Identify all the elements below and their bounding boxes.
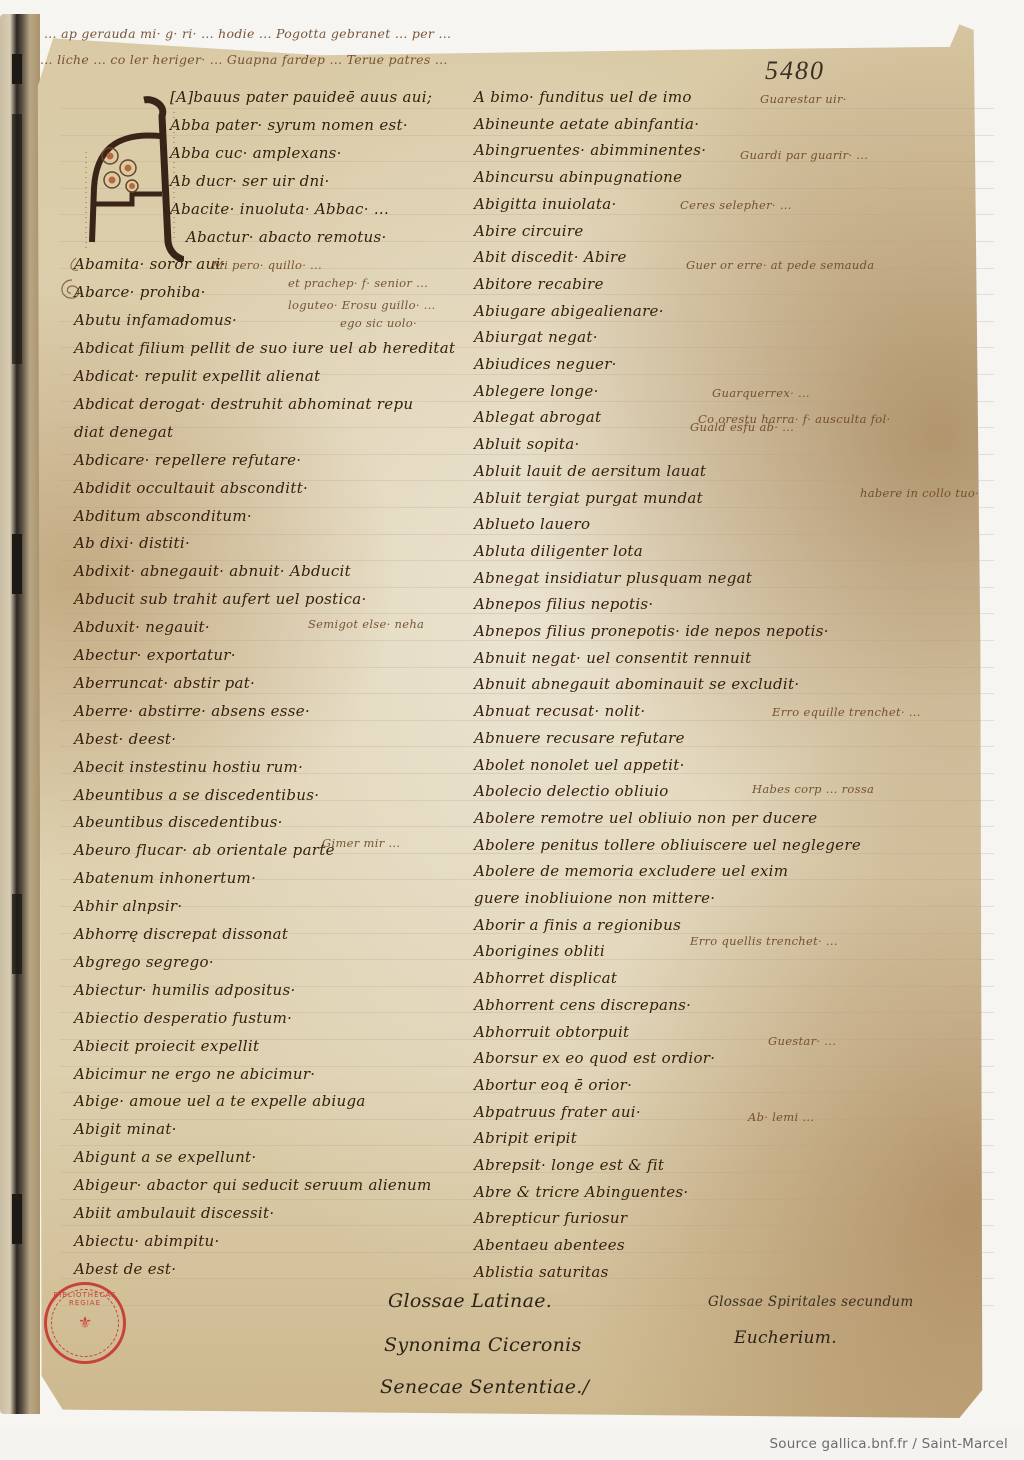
glossary-entry: Abluta diligenter lota [474, 542, 643, 560]
glossary-entry: Abluit sopita· [474, 435, 580, 453]
glossary-entry: Abigunt a se expellunt· [74, 1148, 256, 1166]
stamp-text: BIBLIOTHECAE REGIAE [47, 1291, 123, 1307]
glossary-entry: Abdicat filium pellit de suo iure uel ab… [74, 339, 455, 357]
glossary-entry: Abatenum inhonertum· [74, 869, 256, 887]
glossary-entry: Abhorrent cens discrepans· [474, 996, 691, 1014]
glossary-entry: Abnepos filius pronepotis· ide nepos nep… [474, 622, 829, 640]
glossary-entry: Abactur· abacto remotus· [186, 228, 387, 246]
glossary-entry: Abiecit proiecit expellit [74, 1037, 259, 1055]
glossary-entry: A bimo· funditus uel de imo [474, 88, 692, 106]
interlinear-gloss: Guarquerrex· ... [712, 386, 810, 400]
glossary-entry: Abicimur ne ergo ne abicimur· [74, 1065, 315, 1083]
glossary-entry: Abluit lauit de aersitum lauat [474, 462, 706, 480]
glossary-entry: Ablueto lauero [474, 515, 590, 533]
glossary-entry: Abolet nonolet uel appetit· [474, 756, 685, 774]
glossary-entry: Abnuere recusare refutare [474, 729, 685, 747]
shelfmark-number: 5480 [765, 56, 825, 86]
glossary-entry: Abiectio desperatio fustum· [74, 1009, 292, 1027]
glossary-entry: Abnegat insidiatur plusquam negat [474, 569, 752, 587]
glossary-entry: Ablegere longe· [474, 382, 599, 400]
glossary-entry: Aborir a finis a regionibus [474, 916, 681, 934]
glossary-entry: Abre & tricre Abinguentes· [474, 1183, 688, 1201]
glossary-entry: Abdicat· repulit expellit alienat [74, 367, 320, 385]
glossary-entry: Abeuntibus a se discedentibus· [74, 786, 319, 804]
glossary-entry: Abnuat recusat· nolit· [474, 702, 646, 720]
interlinear-gloss: loguteo· Erosu guillo· ... [288, 298, 436, 312]
glossary-entry: Abpatruus frater aui· [474, 1103, 641, 1121]
glossary-entry: Aberruncat· abstir pat· [74, 674, 255, 692]
interlinear-gloss: Mi pero· quillo· ... [212, 258, 322, 272]
glossary-entry: Abdicare· repellere refutare· [74, 451, 301, 469]
glossary-entry: Abhir alnpsir· [74, 897, 182, 915]
interlinear-gloss: Guald esfu ab· ... [690, 420, 794, 434]
glossary-entry: Aborsur ex eo quod est ordior· [474, 1049, 715, 1067]
glossary-entry: Aborigines obliti [474, 942, 605, 960]
interlinear-gloss: Gimer mir ... [322, 836, 400, 850]
glossary-entry: Abire circuire [474, 222, 584, 240]
glossary-entry: Abiurgat negat· [474, 328, 598, 346]
glossary-entry: Abnuit abnegauit abominauit se excludit· [474, 675, 799, 693]
glossary-entry: Abacite· inuoluta· Abbac· ... [170, 200, 389, 218]
top-margin-line: ... ap gerauda mi· g· ri· ... hodie ... … [44, 26, 451, 41]
glossary-entry: Abigitta inuiolata· [474, 195, 617, 213]
glossary-entry: Abineunte aetate abinfantia· [474, 115, 699, 133]
glossary-entry: Abiugare abigealienare· [474, 302, 664, 320]
glossary-entry: Abecit instestinu hostiu rum· [74, 758, 303, 776]
glossary-entry: Abiudices neguer· [474, 355, 617, 373]
library-stamp: BIBLIOTHECAE REGIAE ⚜ [44, 1282, 126, 1364]
interlinear-gloss: ego sic uolo· [340, 316, 417, 330]
decorated-initial-a-icon [74, 92, 184, 262]
glossary-entry: Abhorrę discrepat dissonat [74, 925, 288, 943]
source-credit: Source gallica.bnf.fr / Saint-Marcel [769, 1436, 1008, 1452]
glossary-entry: Ab dixi· distiti· [74, 534, 190, 552]
glossary-entry: Abeuro flucar· ab orientale parte [74, 841, 335, 859]
glossary-entry: Aberre· abstirre· absens esse· [74, 702, 310, 720]
annotation-glossae-spiritales: Glossae Spiritales secundum [708, 1294, 914, 1310]
interlinear-gloss: Guardi par guarir· ... [740, 148, 868, 162]
interlinear-gloss: Guarestar uir· [760, 92, 847, 106]
interlinear-gloss: Erro quellis trenchet· ... [690, 934, 838, 948]
glossary-entry: Abluit tergiat purgat mundat [474, 489, 703, 507]
glossary-entry: Abolere de memoria excludere uel exim [474, 862, 788, 880]
glossary-entry: Abamita· soror aui· [74, 255, 226, 273]
glossary-entry: Abentaeu abentees [474, 1236, 625, 1254]
glossary-entry: Abdixit· abnegauit· abnuit· Abducit [74, 562, 351, 580]
glossary-entry: Abincursu abinpugnatione [474, 168, 682, 186]
glossary-entry: Abectur· exportatur· [74, 646, 236, 664]
glossary-entry: guere inobliuione non mittere· [474, 889, 715, 907]
annotation-eucherium: Eucherium. [734, 1328, 837, 1348]
glossary-entry: Abiectur· humilis adpositus· [74, 981, 296, 999]
glossary-entry: Abingruentes· abimminentes· [474, 141, 706, 159]
glossary-entry: Abhorruit obtorpuit [474, 1023, 629, 1041]
glossary-entry: Abige· amoue uel a te expelle abiuga [74, 1092, 366, 1110]
glossary-entry: Abeuntibus discedentibus· [74, 813, 283, 831]
glossary-entry: Abiectu· abimpitu· [74, 1232, 220, 1250]
glossary-entry: Abarce· prohiba· [74, 283, 206, 301]
glossary-entry: Abrepticur furiosur [474, 1209, 627, 1227]
glossary-entry: Abiit ambulauit discessit· [74, 1204, 274, 1222]
glossary-entry: Abduxit· negauit· [74, 618, 210, 636]
glossary-entry: Abripit eripit [474, 1129, 577, 1147]
top-margin-line: ... liche ... co ler heriger· ... Guapna… [40, 52, 448, 67]
glossary-entry: Abutu infamadomus· [74, 311, 237, 329]
glossary-entry: Abigit minat· [74, 1120, 177, 1138]
glossary-entry: Abolecio delectio obliuio [474, 782, 669, 800]
glossary-entry: Abducit sub trahit aufert uel postica· [74, 590, 367, 608]
glossary-entry: Abolere remotre uel obliuio non per duce… [474, 809, 817, 827]
manuscript-viewer: ... ap gerauda mi· g· ri· ... hodie ... … [0, 0, 1024, 1430]
annotation-senecae-sententiae: Senecae Sententiae./ [380, 1376, 589, 1398]
glossary-entry: Abigeur· abactor qui seducit seruum alie… [74, 1176, 432, 1194]
annotation-glossae-latinae: Glossae Latinae. [388, 1290, 552, 1312]
glossary-entry: Abrepsit· longe est & fit [474, 1156, 664, 1174]
glossary-entry: Abhorret displicat [474, 969, 617, 987]
glossary-entry: Abdidit occultauit absconditt· [74, 479, 308, 497]
glossary-entry: Abest· deest· [74, 730, 176, 748]
interlinear-gloss: Guestar· ... [768, 1034, 836, 1048]
glossary-entry: Abditum absconditum· [74, 507, 252, 525]
interlinear-gloss: Erro equille trenchet· ... [772, 705, 921, 719]
glossary-entry: Abortur eoq ē orior· [474, 1076, 632, 1094]
glossary-entry: Abnepos filius nepotis· [474, 595, 654, 613]
glossary-entry: Abolere penitus tollere obliuiscere uel … [474, 836, 861, 854]
glossary-entry: Abest de est· [74, 1260, 176, 1278]
interlinear-gloss: Semigot else· neha [308, 617, 424, 631]
glossary-entry: Abgrego segrego· [74, 953, 214, 971]
glossary-entry: Abnuit negat· uel consentit rennuit [474, 649, 751, 667]
glossary-entry: Ablistia saturitas [474, 1263, 609, 1281]
fleur-de-lis-icon: ⚜ [78, 1315, 92, 1331]
interlinear-gloss: et prachep· f· senior ... [288, 276, 428, 290]
book-binding [0, 14, 40, 1414]
glossary-entry: Abba pater· syrum nomen est· [170, 116, 408, 134]
glossary-entry: Ab ducr· ser uir dni· [170, 172, 330, 190]
glossary-entry: diat denegat [74, 423, 173, 441]
interlinear-gloss: habere in collo tuo· [860, 486, 979, 500]
glossary-entry: Ablegat abrogat [474, 408, 601, 426]
interlinear-gloss: Ceres selepher· ... [680, 198, 792, 212]
glossary-entry: Abba cuc· amplexans· [170, 144, 342, 162]
glossary-entry: Abit discedit· Abire [474, 248, 627, 266]
interlinear-gloss: Guer or erre· at pede semauda [686, 258, 874, 272]
glossary-entry: [A]bauus pater pauideē auus aui; [170, 88, 432, 106]
interlinear-gloss: Habes corp ... rossa [752, 782, 874, 796]
interlinear-gloss: Ab· lemi ... [748, 1110, 814, 1124]
annotation-synonima-ciceronis: Synonima Ciceronis [384, 1334, 582, 1356]
glossary-entry: Abdicat derogat· destruhit abhominat rep… [74, 395, 413, 413]
glossary-entry: Abitore recabire [474, 275, 604, 293]
